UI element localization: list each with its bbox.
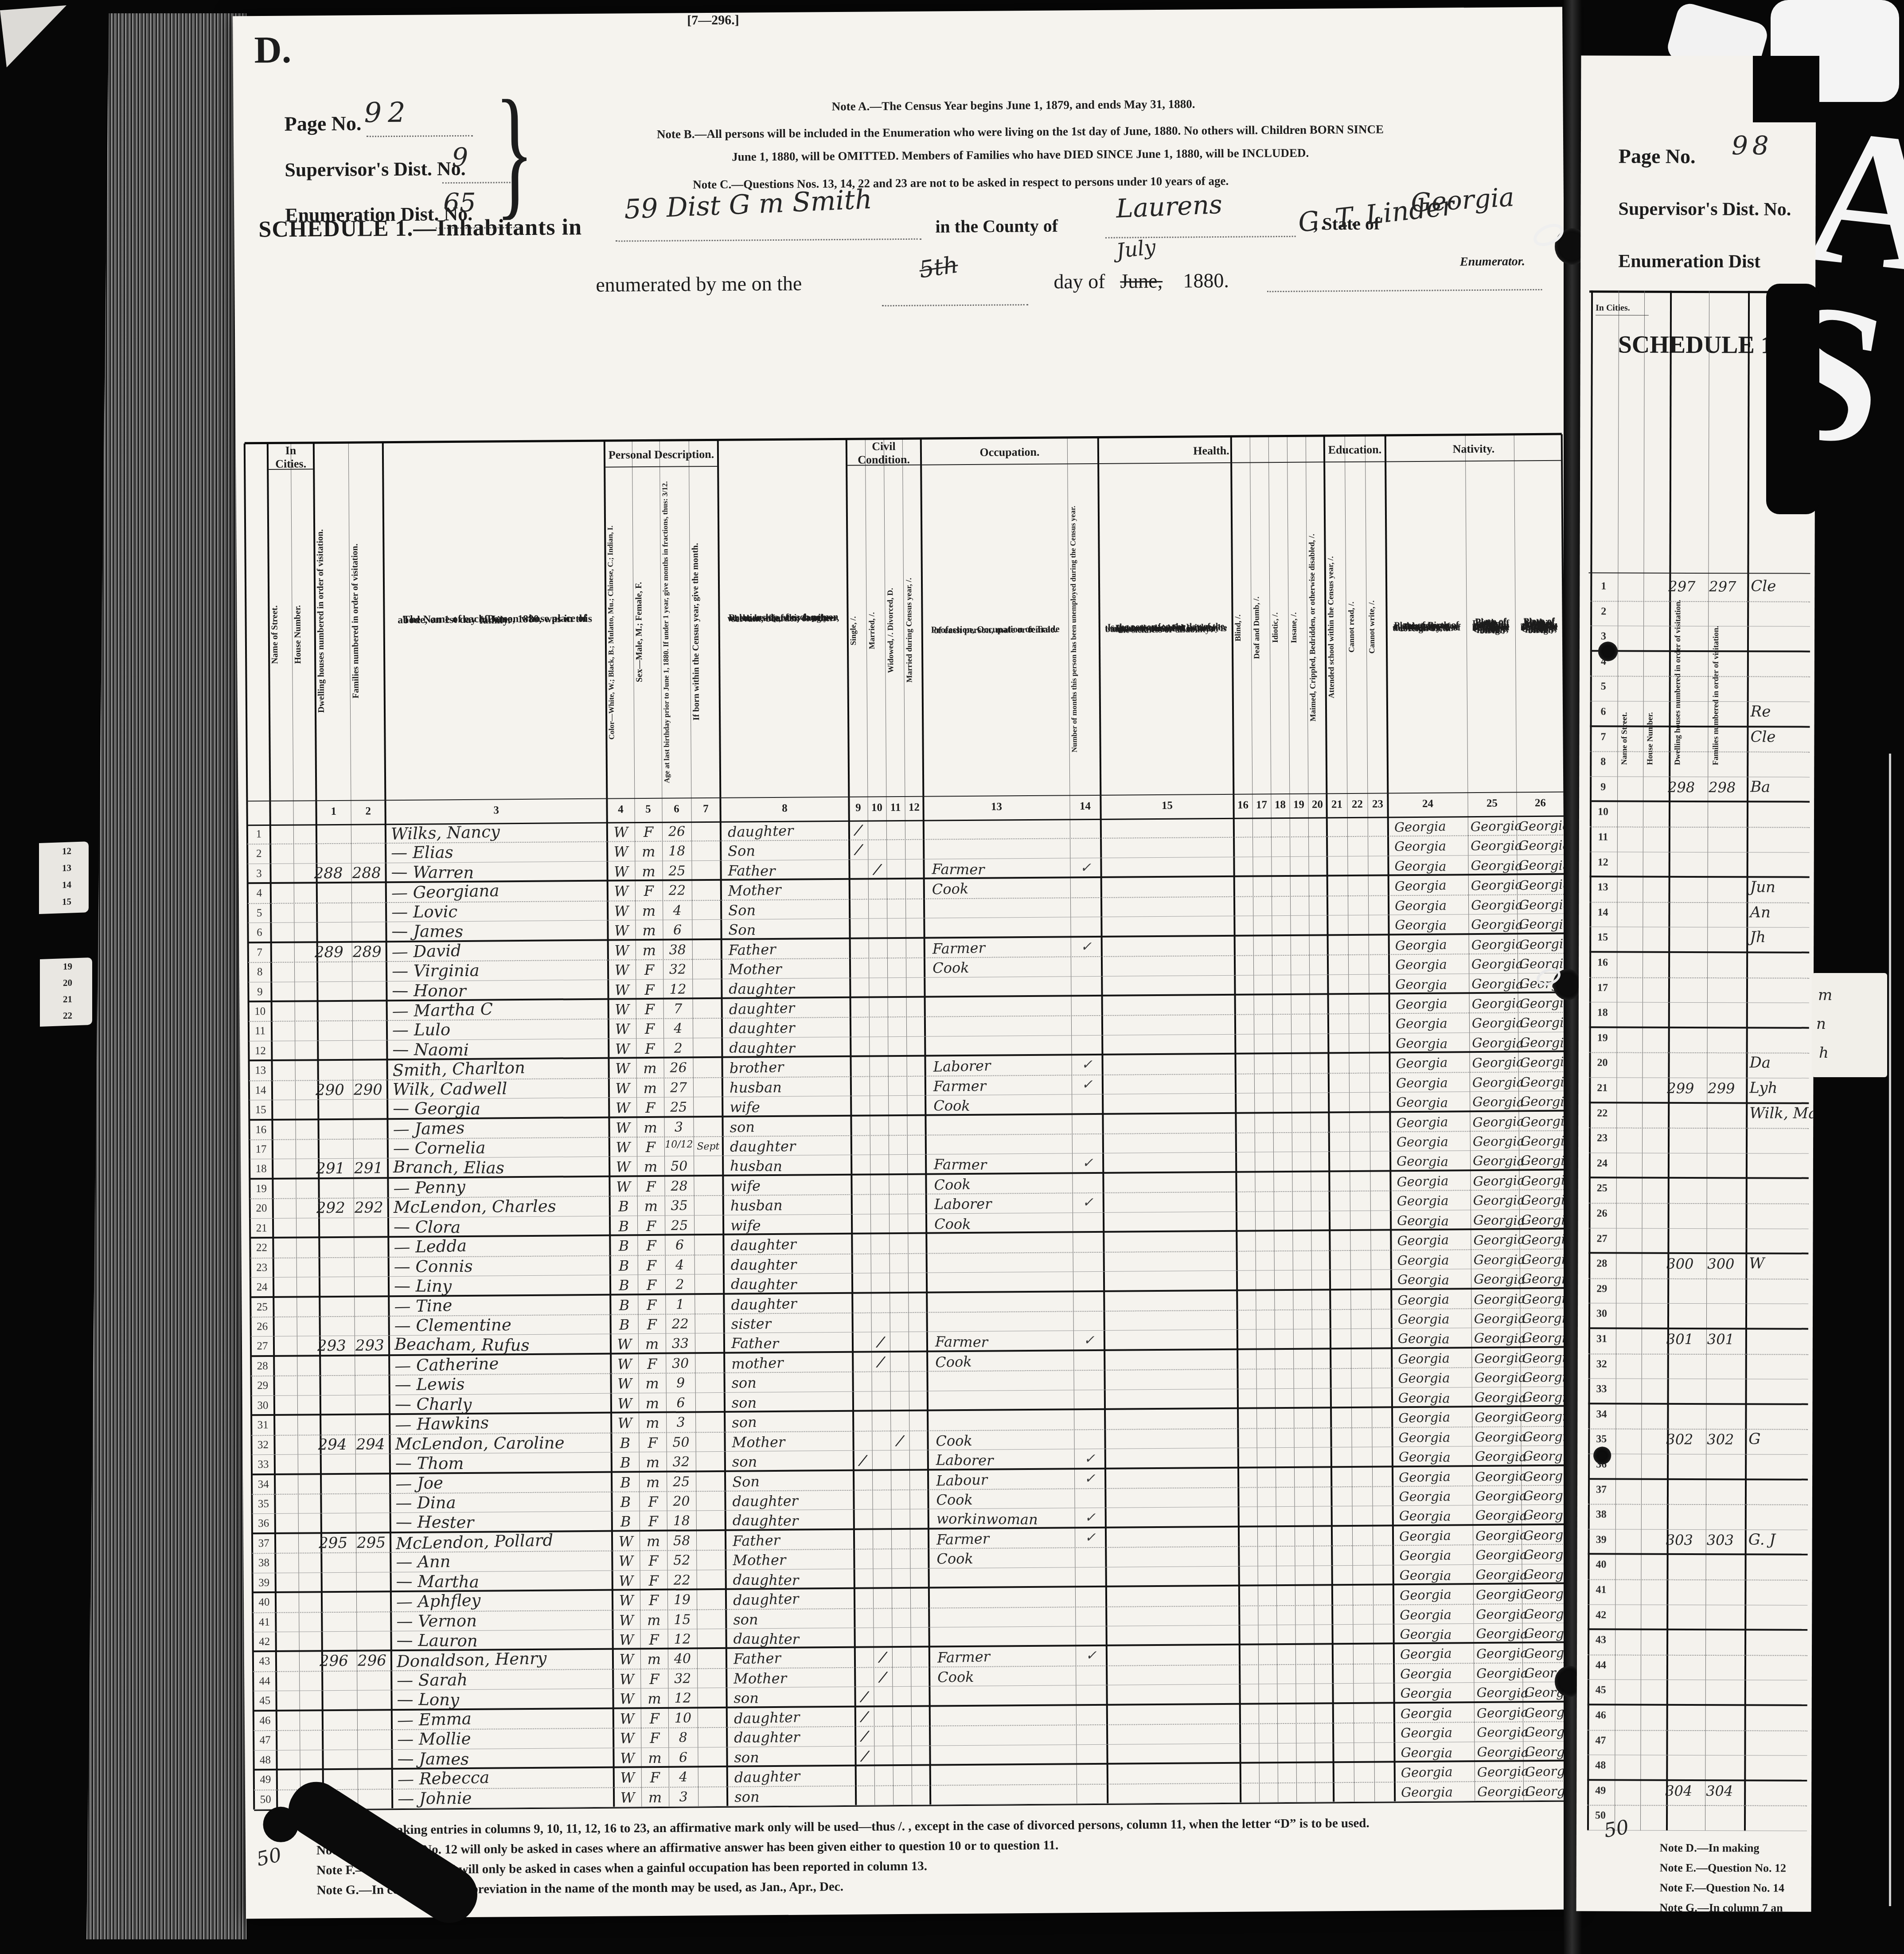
- color-value: W: [613, 1572, 640, 1589]
- relationship-value: Son: [732, 1473, 760, 1490]
- sex-value: F: [640, 1572, 667, 1589]
- relationship-value: son: [734, 1749, 759, 1766]
- birthplace-value: Georgia: [1399, 1489, 1451, 1504]
- birthplace-value: Georgia: [1401, 1764, 1453, 1781]
- birthplace-value: Georgia: [1396, 1094, 1448, 1110]
- relationship-value: Mother: [728, 881, 781, 899]
- age-value: 12: [668, 1631, 697, 1647]
- father-birthplace-value: Georgia: [1476, 1626, 1528, 1641]
- right-row-number: 1: [1594, 580, 1613, 592]
- age-value: 4: [669, 1769, 698, 1785]
- column-header-b19: Insane, /.: [1288, 466, 1307, 789]
- brace: }: [495, 67, 535, 236]
- grid-vline: [1705, 291, 1709, 1831]
- birthplace-value: Georgia: [1397, 1272, 1449, 1287]
- birthplace-value: Georgia: [1398, 1371, 1450, 1386]
- row-rule: [1588, 1379, 1808, 1380]
- bottom-note: Note E.—Question No. 12 will only be ask…: [316, 1834, 1602, 1858]
- row-number: 4: [248, 887, 271, 899]
- father-birthplace-value: Georgia: [1476, 1645, 1529, 1662]
- color-value: B: [610, 1297, 638, 1313]
- sex-value: F: [640, 1631, 668, 1648]
- father-birthplace-value: Georgia: [1473, 1212, 1525, 1228]
- civil-condition-mark: /: [889, 1430, 911, 1451]
- birthplace-value: Georgia: [1399, 1508, 1451, 1524]
- relationship-value: daughter: [731, 1295, 797, 1313]
- unemployed-check: ✓: [1075, 1510, 1106, 1525]
- right-person-name: G. J: [1748, 1531, 1775, 1548]
- row-number: 38: [252, 1557, 275, 1569]
- right-row-number: 7: [1593, 731, 1613, 743]
- age-value: 12: [668, 1691, 697, 1706]
- right-person-name: Ba: [1750, 778, 1770, 796]
- edge-row-number: 20: [63, 977, 72, 989]
- person-name: — Honor: [392, 981, 466, 1000]
- birthplace-value: Georgia: [1400, 1567, 1451, 1583]
- relationship-value: mother: [731, 1354, 784, 1372]
- relationship-value: daughter: [729, 1020, 795, 1037]
- father-birthplace-value: Georgia: [1475, 1488, 1527, 1504]
- birthplace-value: Georgia: [1397, 1193, 1449, 1209]
- father-birthplace-value: Georgia: [1477, 1784, 1529, 1799]
- father-birthplace-value: Georgia: [1475, 1449, 1527, 1464]
- person-name: — David: [391, 941, 461, 961]
- column-header-name: The Name of each Person whose place of a…: [387, 445, 602, 795]
- occupation-value: Cook: [933, 1097, 970, 1114]
- father-birthplace-value: Georgia: [1472, 1094, 1524, 1110]
- sex-value: m: [641, 1749, 668, 1766]
- color-value: W: [608, 942, 636, 959]
- right-person-name: Jun: [1750, 879, 1776, 896]
- age-value: 32: [668, 1671, 697, 1686]
- dwelling-number: 291: [316, 1160, 356, 1178]
- row-rule: [1588, 1579, 1807, 1580]
- person-name: — Georgiana: [391, 881, 499, 903]
- civil-condition-mark: /: [854, 1686, 875, 1708]
- row-number: 5: [248, 907, 271, 919]
- right-row-number: 24: [1592, 1157, 1612, 1169]
- right-row-number: 12: [1593, 856, 1613, 868]
- father-birthplace-value: Georgia: [1477, 1724, 1529, 1740]
- sex-value: m: [639, 1415, 666, 1431]
- color-value: W: [609, 1080, 636, 1097]
- edge-row-number: 19: [63, 961, 72, 973]
- person-name: McLendon, Caroline: [395, 1433, 564, 1454]
- age-value: 12: [663, 981, 692, 997]
- enumeration-value: 65: [443, 188, 476, 218]
- age-value: 58: [667, 1533, 696, 1548]
- relationship-value: daughter: [730, 1138, 796, 1155]
- age-value: 6: [666, 1395, 695, 1411]
- civil-condition-mark: /: [872, 1666, 894, 1688]
- person-name: — Clementine: [394, 1315, 511, 1335]
- color-value: B: [612, 1474, 639, 1491]
- dwelling-number: 292: [316, 1199, 356, 1217]
- year-label: 1880.: [1183, 269, 1229, 293]
- right-family-number: 299: [1708, 1080, 1735, 1097]
- age-value: 4: [663, 1021, 693, 1036]
- father-birthplace-value: Georgia: [1471, 976, 1523, 992]
- birthplace-value: Georgia: [1398, 1350, 1450, 1367]
- relationship-value: Mother: [729, 961, 782, 978]
- father-birthplace-value: Georgia: [1472, 1114, 1525, 1130]
- bottom-notes: Note D.—In making entries in columns 9, …: [233, 7, 1562, 16]
- row-number: 3: [247, 868, 270, 880]
- enumerated-day-handwritten: 5th: [917, 251, 960, 283]
- right-row-number: 17: [1593, 982, 1612, 994]
- occupation-value: Farmer: [937, 1648, 991, 1666]
- sex-value: F: [636, 961, 663, 978]
- relationship-value: Son: [728, 843, 755, 860]
- relationship-value: son: [731, 1375, 757, 1391]
- column-group-label: Nativity.: [1386, 437, 1561, 462]
- sex-value: F: [637, 1237, 665, 1254]
- father-birthplace-value: Georgia: [1471, 897, 1523, 913]
- birthplace-value: Georgia: [1397, 1213, 1449, 1228]
- column-number: 5: [634, 803, 662, 816]
- grid-vline: [1744, 291, 1750, 1831]
- right-handwritten-50: 50: [1602, 1816, 1631, 1842]
- person-name: — Charly: [395, 1394, 472, 1414]
- relationship-value: daughter: [729, 980, 795, 997]
- father-birthplace-value: Georgia: [1475, 1527, 1528, 1544]
- right-row-number: 27: [1592, 1233, 1611, 1245]
- occupation-value: Cook: [932, 880, 968, 898]
- rule: [1267, 289, 1542, 292]
- column-number: 12: [905, 801, 923, 814]
- sex-value: F: [636, 1001, 663, 1018]
- relationship-value: daughter: [732, 1493, 798, 1510]
- row-number: 23: [250, 1262, 273, 1274]
- row-number: 28: [251, 1360, 274, 1372]
- color-value: W: [613, 1710, 641, 1727]
- relationship-value: daughter: [733, 1630, 799, 1648]
- occupation-value: workinwoman: [936, 1510, 1038, 1528]
- right-row-number: 40: [1592, 1559, 1611, 1571]
- row-number: 31: [251, 1419, 274, 1431]
- unemployed-check: ✓: [1070, 860, 1101, 875]
- father-birthplace-value: Georgia: [1476, 1586, 1528, 1602]
- father-birthplace-value: Georgia: [1471, 995, 1524, 1012]
- occupation-value: Farmer: [936, 1530, 990, 1548]
- occupation-value: Cook: [934, 1176, 971, 1193]
- row-number: 21: [250, 1222, 273, 1235]
- punch-hole: [1598, 641, 1618, 661]
- handwritten-50: 50: [254, 1844, 284, 1871]
- page-edge-line: [1889, 754, 1891, 1906]
- right-dwelling-number: 299: [1667, 1080, 1694, 1097]
- father-birthplace-value: Georgia: [1472, 1075, 1524, 1090]
- birthplace-value: Georgia: [1397, 1252, 1449, 1268]
- right-row-number: 6: [1594, 706, 1613, 718]
- occupation-value: Cook: [934, 1215, 971, 1233]
- row-rule: [1587, 1805, 1807, 1806]
- row-number: 24: [250, 1281, 273, 1294]
- county-label: in the County of: [935, 215, 1058, 237]
- person-name: — Johnie: [398, 1788, 472, 1808]
- right-row-number: 28: [1592, 1258, 1611, 1270]
- age-value: 50: [664, 1159, 694, 1174]
- family-number: 296: [358, 1652, 398, 1670]
- mother-birthplace-value: Georgia: [1518, 857, 1570, 873]
- family-number: 295: [357, 1534, 397, 1552]
- row-number: 16: [249, 1124, 272, 1136]
- dwelling-number: 294: [318, 1435, 358, 1454]
- corner-letter: D.: [254, 27, 291, 72]
- mother-birthplace-value: Georgia: [1519, 917, 1571, 932]
- name-fragment: h: [1819, 1044, 1829, 1062]
- right-row-number: 19: [1593, 1032, 1612, 1044]
- occupation-value: Farmer: [932, 860, 984, 878]
- column-number: 4: [607, 803, 634, 816]
- sex-value: F: [641, 1769, 669, 1786]
- right-row-number: 20: [1592, 1057, 1612, 1069]
- row-rule: [1589, 1153, 1809, 1153]
- father-birthplace-value: Georgia: [1475, 1468, 1527, 1485]
- age-value: 18: [667, 1513, 696, 1529]
- relationship-value: Father: [731, 1335, 779, 1352]
- schedule-title: SCHEDULE 1.—Inhabitants in: [258, 214, 582, 242]
- person-name: — Georgia: [393, 1099, 480, 1119]
- row-rule: [1589, 977, 1809, 978]
- color-value: W: [607, 863, 635, 880]
- relationship-value: daughter: [729, 1000, 795, 1018]
- color-value: W: [613, 1730, 641, 1747]
- age-value: 3: [669, 1789, 698, 1805]
- relationship-value: Father: [734, 1650, 781, 1668]
- edge-row-number: 22: [63, 1010, 72, 1022]
- sex-value: m: [636, 942, 663, 958]
- column-number: 11: [886, 801, 905, 814]
- color-value: B: [612, 1513, 640, 1530]
- right-person-name: G: [1748, 1430, 1760, 1448]
- age-value: 40: [668, 1651, 697, 1667]
- birthplace-value: Georgia: [1400, 1686, 1452, 1701]
- sex-value: F: [640, 1592, 667, 1609]
- age-value: 38: [663, 942, 692, 957]
- father-birthplace-value: Georgia: [1472, 1035, 1524, 1051]
- column-number: 17: [1252, 799, 1271, 811]
- father-birthplace-value: Georgia: [1471, 818, 1523, 834]
- father-birthplace-value: Georgia: [1475, 1429, 1526, 1445]
- in-cities-label: In Cities.: [1596, 303, 1649, 315]
- sex-value: m: [639, 1454, 667, 1471]
- occupation-value: Farmer: [935, 1333, 988, 1351]
- row-number: 35: [252, 1498, 275, 1510]
- civil-condition-mark: /: [870, 1332, 891, 1353]
- sex-value: m: [640, 1611, 667, 1628]
- right-row-number: 47: [1591, 1735, 1610, 1747]
- age-value: 33: [666, 1336, 695, 1352]
- row-rule: [1589, 927, 1809, 928]
- birthplace-value: Georgia: [1395, 937, 1447, 953]
- column-header-unemp: Number of months this person has been un…: [1069, 468, 1099, 790]
- column-number: 14: [1069, 800, 1100, 813]
- civil-condition-mark: /: [870, 1351, 892, 1372]
- person-name: — Dina: [395, 1493, 456, 1512]
- person-name: McLendon, Charles: [394, 1197, 556, 1217]
- civil-condition-mark: /: [866, 859, 888, 880]
- age-value: 15: [667, 1612, 697, 1627]
- sex-value: F: [637, 1178, 664, 1195]
- age-value: 50: [666, 1434, 695, 1450]
- person-name: — Tine: [394, 1296, 453, 1316]
- person-name: — Lewis: [394, 1375, 464, 1394]
- column-number: 3: [385, 804, 607, 817]
- row-number: 34: [252, 1478, 275, 1490]
- family-rule: [1589, 1026, 1809, 1028]
- edge-row-number: 12: [62, 845, 71, 857]
- person-name: — Mollie: [397, 1729, 471, 1749]
- age-value: 27: [664, 1080, 693, 1095]
- father-birthplace-value: Georgia: [1471, 877, 1523, 894]
- name-fragment: m: [1818, 986, 1832, 1004]
- birthplace-value: Georgia: [1395, 977, 1447, 992]
- sex-value: F: [641, 1730, 668, 1747]
- civil-condition-mark: /: [872, 1647, 893, 1668]
- sex-value: F: [635, 824, 662, 840]
- right-page-no-label: Page No.: [1619, 145, 1696, 168]
- relationship-value: wife: [730, 1098, 760, 1116]
- right-dwelling-number: 297: [1668, 578, 1695, 595]
- unemployed-check: ✓: [1071, 939, 1102, 954]
- color-value: W: [611, 1376, 638, 1392]
- family-rule: [1588, 1629, 1807, 1631]
- column-header-b16: Blind, /.: [1233, 467, 1251, 789]
- person-name: — Ann: [396, 1552, 450, 1571]
- birthplace-value: Georgia: [1398, 1410, 1451, 1426]
- color-value: B: [612, 1493, 639, 1510]
- father-birthplace-value: Georgia: [1477, 1763, 1529, 1780]
- right-dwelling-number: 301: [1666, 1331, 1693, 1348]
- right-person-name: Lyh: [1749, 1079, 1777, 1097]
- birthplace-value: Georgia: [1399, 1548, 1451, 1563]
- county-handwritten: Laurens: [1116, 189, 1223, 224]
- color-value: W: [612, 1552, 640, 1569]
- birth-month-value: Sept: [694, 1141, 723, 1152]
- right-family-number: 302: [1707, 1431, 1734, 1448]
- prev-page-sliver: 19202122: [40, 957, 92, 1027]
- row-number: 48: [254, 1754, 277, 1766]
- color-value: W: [611, 1336, 638, 1353]
- color-value: B: [610, 1277, 638, 1294]
- row-number: 42: [253, 1636, 276, 1648]
- relationship-value: daughter: [729, 1039, 795, 1056]
- right-row-number: 14: [1593, 907, 1612, 918]
- column-header-b18: Idiotic, /.: [1270, 466, 1288, 789]
- column-header-color: Color—White, W.; Black, B.; Mulatto, Mu.…: [606, 471, 633, 793]
- right-bottom-note: Note D.—In making: [1660, 1841, 1816, 1855]
- row-number: 45: [253, 1695, 276, 1707]
- right-row-number: 46: [1591, 1709, 1611, 1721]
- row-rule: [1589, 1228, 1809, 1229]
- row-rule: [1589, 902, 1809, 903]
- right-row-number: 41: [1591, 1584, 1611, 1596]
- page-no-label: Page No.: [285, 112, 362, 136]
- dwelling-number: 296: [320, 1652, 359, 1670]
- sex-value: F: [641, 1710, 668, 1727]
- birthplace-value: Georgia: [1400, 1587, 1452, 1603]
- column-header-age: Age at last birthday prior to June 1, 18…: [661, 470, 690, 793]
- month-correction-handwritten: July: [1115, 235, 1157, 263]
- sex-value: m: [638, 1336, 666, 1352]
- right-row-number: 11: [1593, 831, 1613, 843]
- sex-value: m: [639, 1473, 667, 1490]
- punch-hole: [1593, 1446, 1611, 1464]
- right-row-number: 35: [1592, 1434, 1611, 1446]
- rule: [882, 304, 1028, 306]
- father-birthplace-value: Georgia: [1472, 1016, 1524, 1031]
- row-rule: [1589, 1002, 1809, 1003]
- column-header-sick: Is the person [on the day of the Enumera…: [1103, 467, 1229, 790]
- right-person-name: An: [1750, 903, 1771, 921]
- father-birthplace-value: Georgia: [1471, 858, 1522, 873]
- birthplace-value: Georgia: [1395, 918, 1447, 933]
- row-number: 50: [254, 1793, 277, 1805]
- right-row-number: 8: [1593, 756, 1613, 768]
- color-value: W: [613, 1592, 640, 1609]
- row-number: 32: [251, 1439, 274, 1451]
- row-number: 22: [250, 1242, 273, 1254]
- right-bottom-note: Note E.—Question No. 12: [1660, 1861, 1816, 1875]
- column-header-house: House Number.: [292, 473, 315, 796]
- row-number: 39: [253, 1577, 276, 1589]
- right-row-number: 32: [1592, 1358, 1611, 1370]
- birthplace-value: Georgia: [1394, 858, 1446, 874]
- father-birthplace-value: Georgia: [1476, 1567, 1528, 1583]
- torn-corner: [0, 5, 66, 67]
- color-value: W: [609, 1060, 636, 1077]
- row-rule: [1589, 1203, 1809, 1204]
- right-row-number: 44: [1591, 1659, 1611, 1671]
- sex-value: m: [641, 1789, 669, 1805]
- occupation-value: Cook: [936, 1550, 973, 1567]
- sex-value: F: [637, 1218, 665, 1235]
- family-number: 290: [354, 1081, 394, 1099]
- row-rule: [1588, 1604, 1807, 1605]
- relationship-value: son: [733, 1611, 758, 1628]
- sex-value: F: [638, 1296, 665, 1313]
- grid-vline: [1615, 291, 1619, 1831]
- sex-value: m: [635, 922, 663, 939]
- unemployed-check: ✓: [1075, 1530, 1106, 1545]
- occupation-value: Cook: [936, 1491, 973, 1508]
- person-name: — Lulo: [392, 1020, 451, 1040]
- row-rule: [1590, 776, 1810, 777]
- person-name: Wilk, Cadwell: [393, 1079, 507, 1099]
- person-name: — Hester: [396, 1512, 474, 1532]
- sex-value: F: [638, 1316, 666, 1333]
- father-birthplace-value: Georgia: [1471, 956, 1523, 972]
- person-name: — Martha C: [392, 1000, 493, 1021]
- father-birthplace-value: Georgia: [1471, 838, 1522, 854]
- civil-condition-mark: /: [848, 839, 870, 860]
- edge-row-number: 14: [62, 879, 71, 891]
- relationship-value: Mother: [732, 1434, 785, 1451]
- father-birthplace-value: Georgia: [1474, 1331, 1526, 1346]
- sex-value: F: [638, 1277, 665, 1294]
- father-birthplace-value: Georgia: [1475, 1508, 1527, 1524]
- dwelling-number: 295: [319, 1534, 359, 1552]
- row-number: 1: [247, 828, 270, 840]
- rule: [616, 238, 921, 242]
- relationship-value: daughter: [731, 1256, 797, 1273]
- father-birthplace-value: Georgia: [1476, 1685, 1528, 1700]
- row-number: 44: [253, 1675, 276, 1688]
- relationship-value: son: [734, 1690, 759, 1707]
- sex-value: m: [640, 1690, 668, 1707]
- scan-notch: m n h: [1812, 973, 1887, 1077]
